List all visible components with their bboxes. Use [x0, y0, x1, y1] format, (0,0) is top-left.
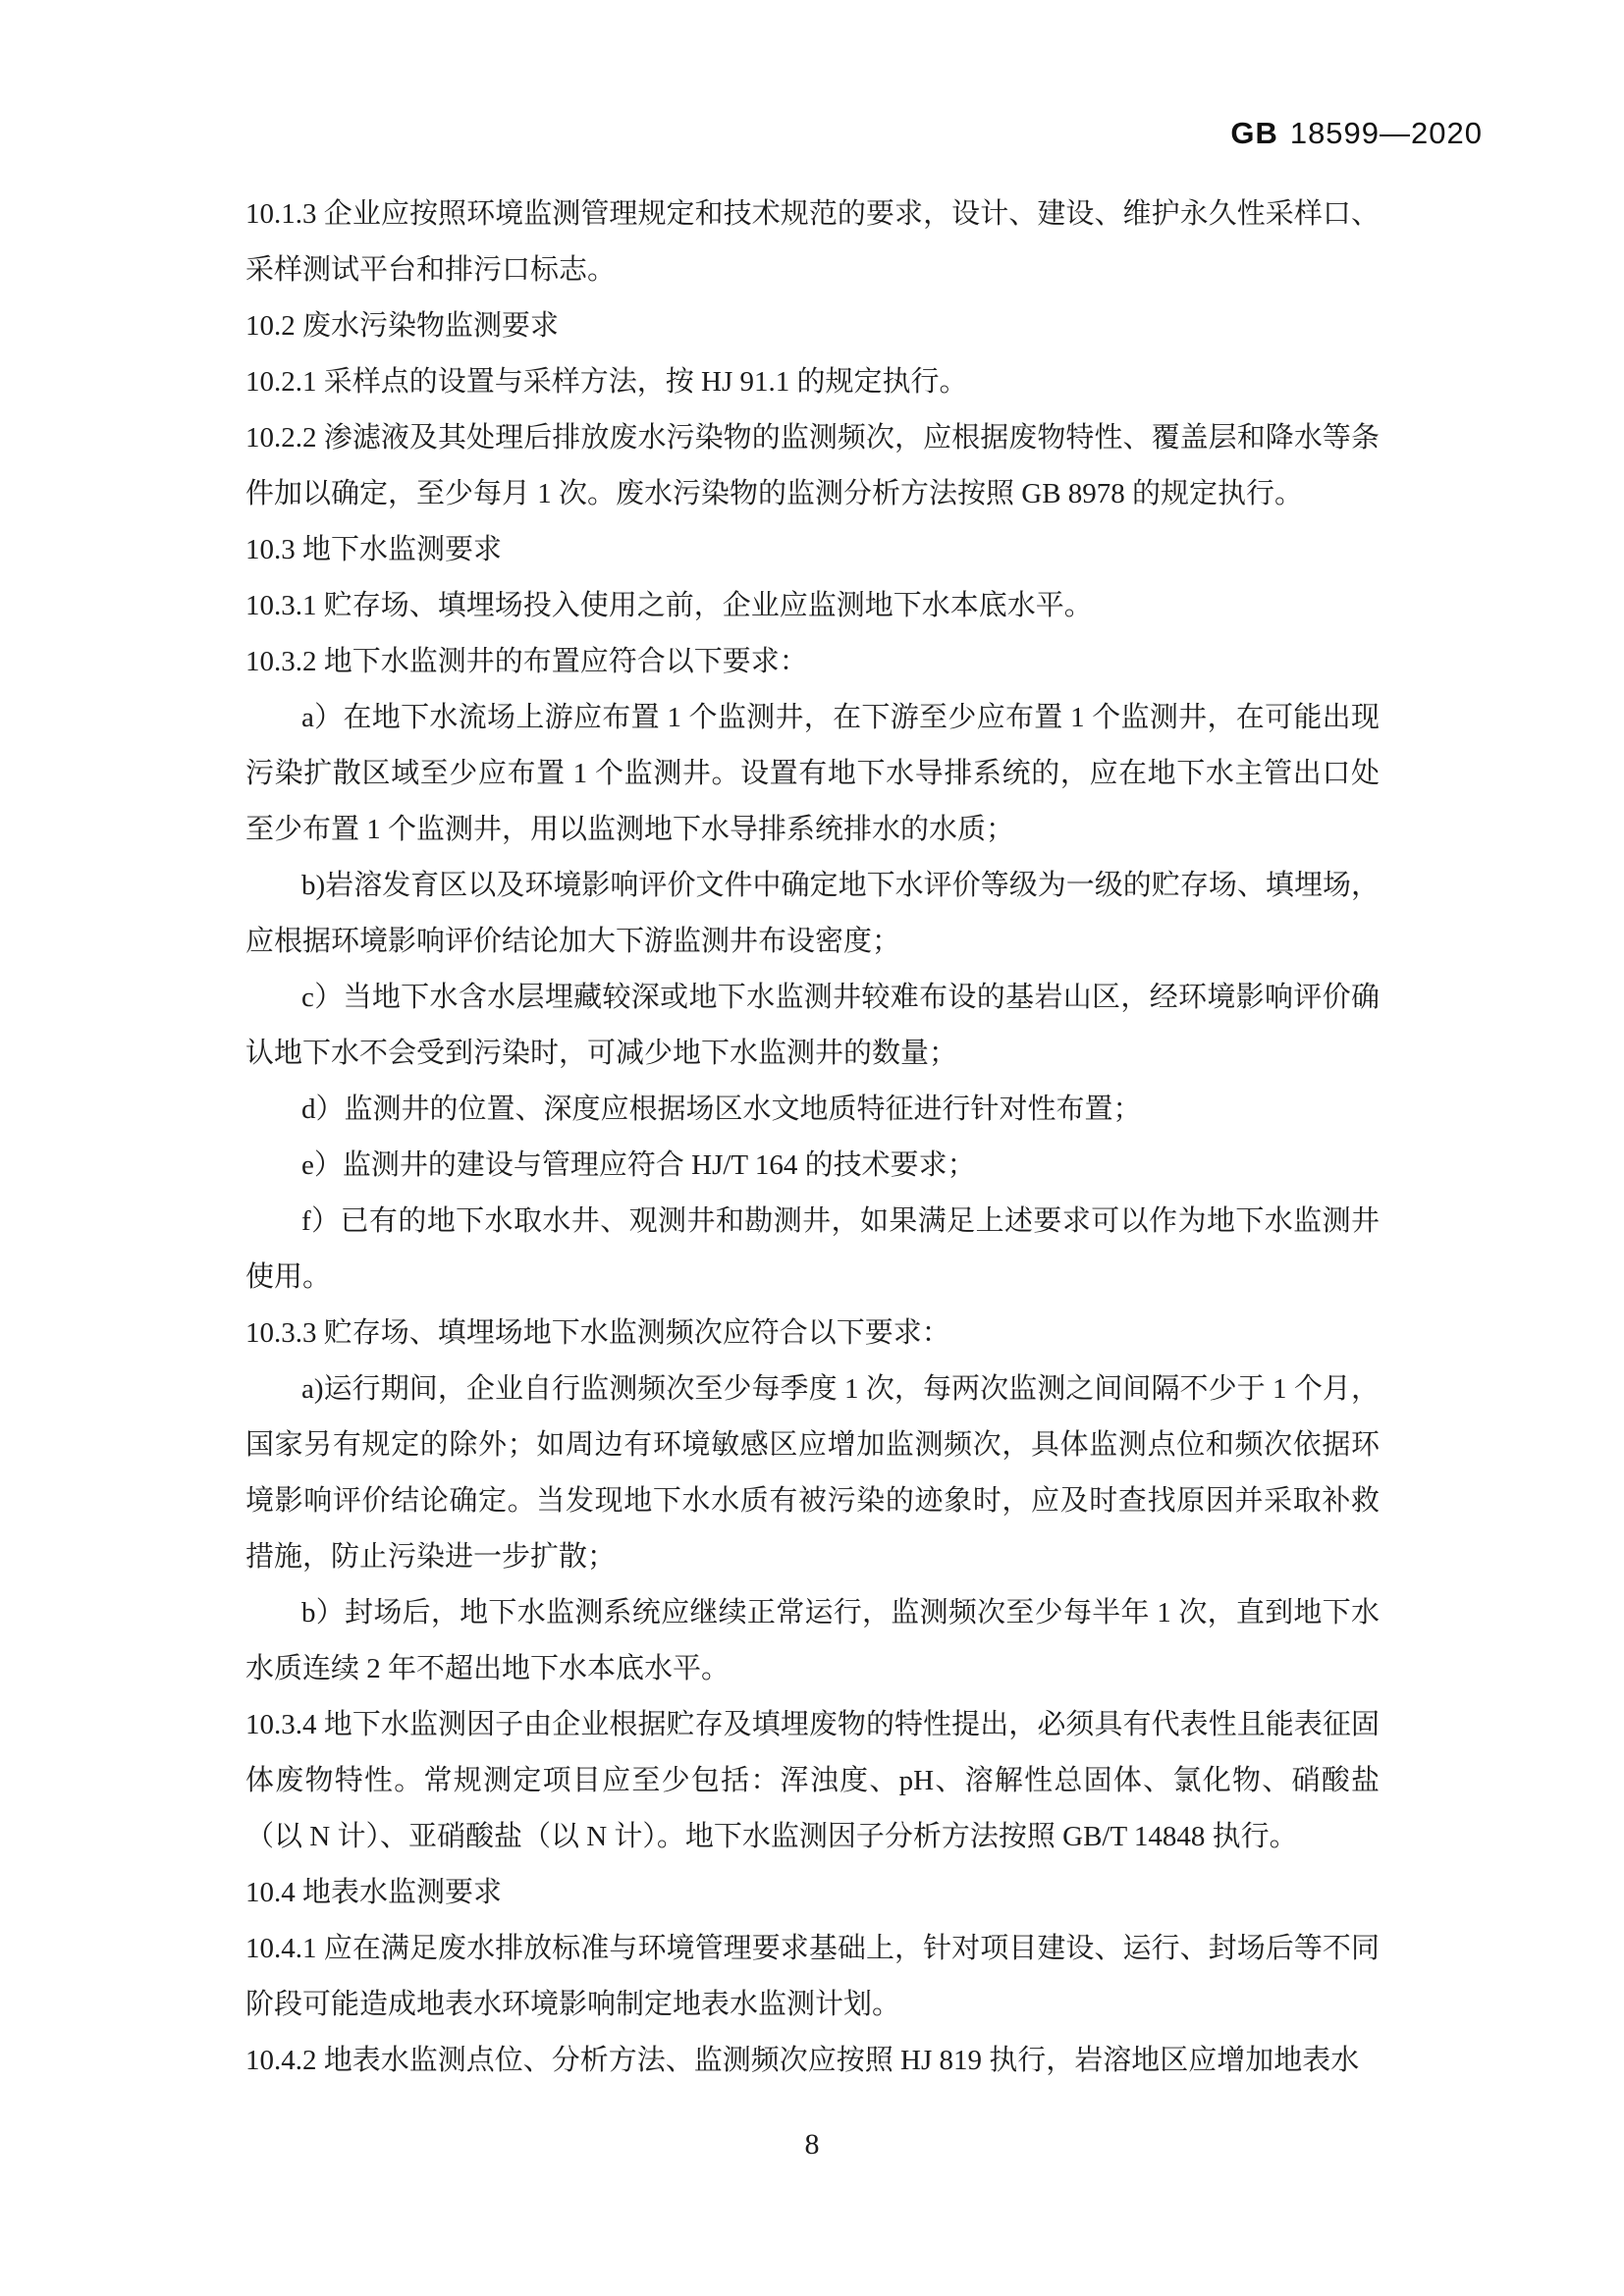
standard-code: GB18599—2020 — [1230, 116, 1483, 151]
paragraph-10-1-3: 10.1.3 企业应按照环境监测管理规定和技术规范的要求，设计、建设、维护永久性… — [245, 187, 1380, 298]
heading-10-2: 10.2 废水污染物监测要求 — [245, 298, 1380, 354]
list-item-a-operation-period: a)运行期间，企业自行监测频次至少每季度 1 次，每两次监测之间间隔不少于 1 … — [245, 1362, 1380, 1585]
paragraph-10-3-2: 10.3.2 地下水监测井的布置应符合以下要求： — [245, 634, 1380, 690]
document-body: 10.1.3 企业应按照环境监测管理规定和技术规范的要求，设计、建设、维护永久性… — [245, 187, 1380, 2089]
heading-10-4: 10.4 地表水监测要求 — [245, 1865, 1380, 1921]
list-item-f-existing-wells: f）已有的地下水取水井、观测井和勘测井，如果满足上述要求可以作为地下水监测井使用… — [245, 1194, 1380, 1306]
paragraph-10-2-1: 10.2.1 采样点的设置与采样方法，按 HJ 91.1 的规定执行。 — [245, 354, 1380, 410]
list-item-c-deep-aquifer: c）当地下水含水层埋藏较深或地下水监测井较难布设的基岩山区，经环境影响评价确认地… — [245, 970, 1380, 1082]
document-page: GB18599—2020 10.1.3 企业应按照环境监测管理规定和技术规范的要… — [0, 0, 1624, 2296]
heading-10-3: 10.3 地下水监测要求 — [245, 522, 1380, 578]
list-item-b-after-closure: b）封场后，地下水监测系统应继续正常运行，监测频次至少每半年 1 次，直到地下水… — [245, 1585, 1380, 1697]
list-item-b-karst-areas: b)岩溶发育区以及环境影响评价文件中确定地下水评价等级为一级的贮存场、填埋场，应… — [245, 858, 1380, 970]
list-item-e-well-construction: e）监测井的建设与管理应符合 HJ/T 164 的技术要求； — [245, 1138, 1380, 1194]
list-item-a-monitoring-wells: a）在地下水流场上游应布置 1 个监测井，在下游至少应布置 1 个监测井，在可能… — [245, 690, 1380, 858]
paragraph-10-2-2: 10.2.2 渗滤液及其处理后排放废水污染物的监测频次，应根据废物特性、覆盖层和… — [245, 410, 1380, 522]
paragraph-10-4-2: 10.4.2 地表水监测点位、分析方法、监测频次应按照 HJ 819 执行，岩溶… — [245, 2033, 1380, 2089]
list-item-d-well-position: d）监测井的位置、深度应根据场区水文地质特征进行针对性布置； — [245, 1082, 1380, 1138]
paragraph-10-4-1: 10.4.1 应在满足废水排放标准与环境管理要求基础上，针对项目建设、运行、封场… — [245, 1921, 1380, 2033]
standard-code-prefix: GB — [1230, 116, 1278, 150]
page-number: 8 — [0, 2128, 1624, 2162]
paragraph-10-3-1: 10.3.1 贮存场、填埋场投入使用之前，企业应监测地下水本底水平。 — [245, 578, 1380, 634]
standard-code-number: 18599—2020 — [1290, 116, 1483, 150]
paragraph-10-3-4: 10.3.4 地下水监测因子由企业根据贮存及填埋废物的特性提出，必须具有代表性且… — [245, 1697, 1380, 1865]
paragraph-10-3-3: 10.3.3 贮存场、填埋场地下水监测频次应符合以下要求： — [245, 1306, 1380, 1362]
